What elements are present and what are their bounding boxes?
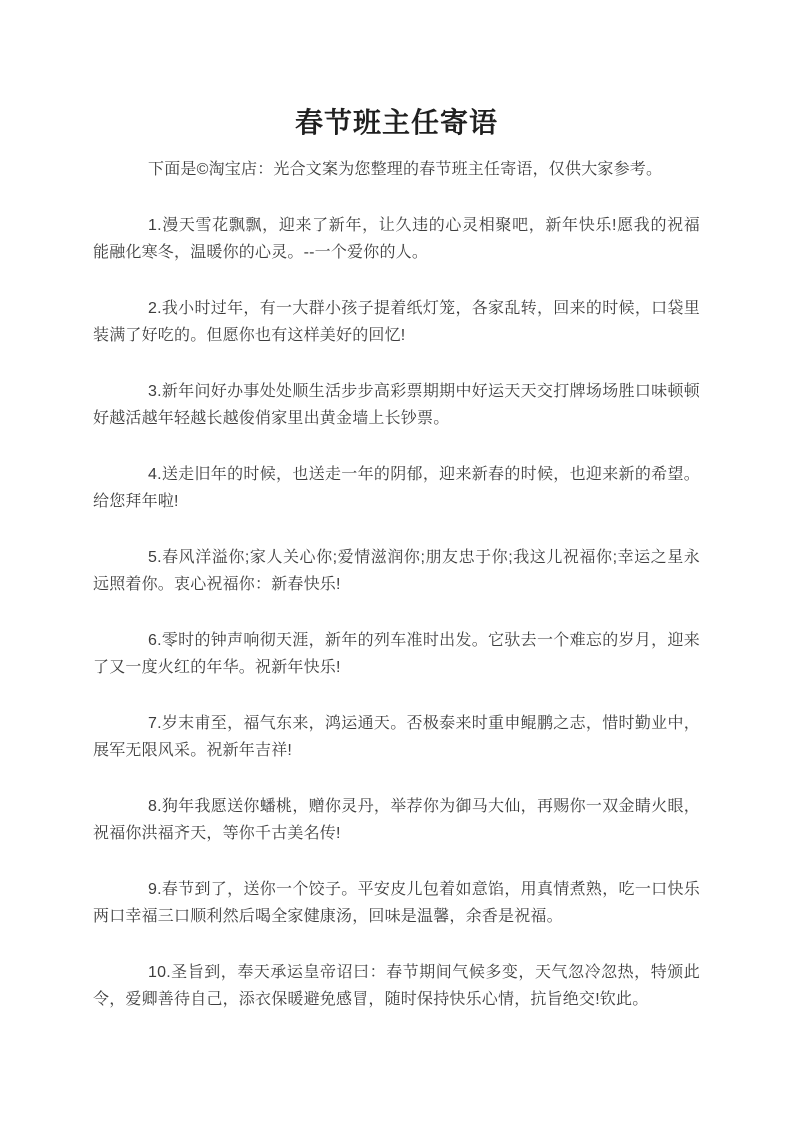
greeting-paragraph: 4.送走旧年的时候，也送走一年的阴郁，迎来新春的时候，也迎来新的希望。给您拜年啦… [93,461,700,515]
greeting-paragraph: 9.春节到了，送你一个饺子。平安皮儿包着如意馅，用真情煮熟，吃一口快乐两口幸福三… [93,876,700,930]
document-page: 春节班主任寄语 下面是©淘宝店：光合文案为您整理的春节班主任寄语，仅供大家参考。… [0,0,793,1122]
greeting-paragraph: 10.圣旨到，奉天承运皇帝诏曰：春节期间气候多变，天气忽冷忽热，特颁此令，爱卿善… [93,959,700,1013]
greeting-paragraph: 1.漫天雪花飘飘，迎来了新年，让久违的心灵相聚吧，新年快乐!愿我的祝福能融化寒冬… [93,212,700,266]
greeting-paragraph: 8.狗年我愿送你蟠桃，赠你灵丹，举荐你为御马大仙，再赐你一双金睛火眼，祝福你洪福… [93,793,700,847]
greeting-paragraph: 7.岁末甫至，福气东来，鸿运通天。否极泰来时重申鲲鹏之志，惜时勤业中，展军无限风… [93,710,700,764]
greeting-paragraph: 3.新年问好办事处处顺生活步步高彩票期期中好运天天交打牌场场胜口味顿顿好越活越年… [93,378,700,432]
greeting-paragraph: 6.零时的钟声响彻天涯，新年的列车准时出发。它驮去一个难忘的岁月，迎来了又一度火… [93,627,700,681]
greeting-paragraph: 2.我小时过年，有一大群小孩子提着纸灯笼，各家乱转，回来的时候，口袋里装满了好吃… [93,295,700,349]
paragraph-list: 1.漫天雪花飘飘，迎来了新年，让久违的心灵相聚吧，新年快乐!愿我的祝福能融化寒冬… [93,212,700,1013]
page-title: 春节班主任寄语 [93,104,700,142]
greeting-paragraph: 5.春风洋溢你;家人关心你;爱情滋润你;朋友忠于你;我这儿祝福你;幸运之星永远照… [93,544,700,598]
intro-paragraph: 下面是©淘宝店：光合文案为您整理的春节班主任寄语，仅供大家参考。 [93,156,700,183]
